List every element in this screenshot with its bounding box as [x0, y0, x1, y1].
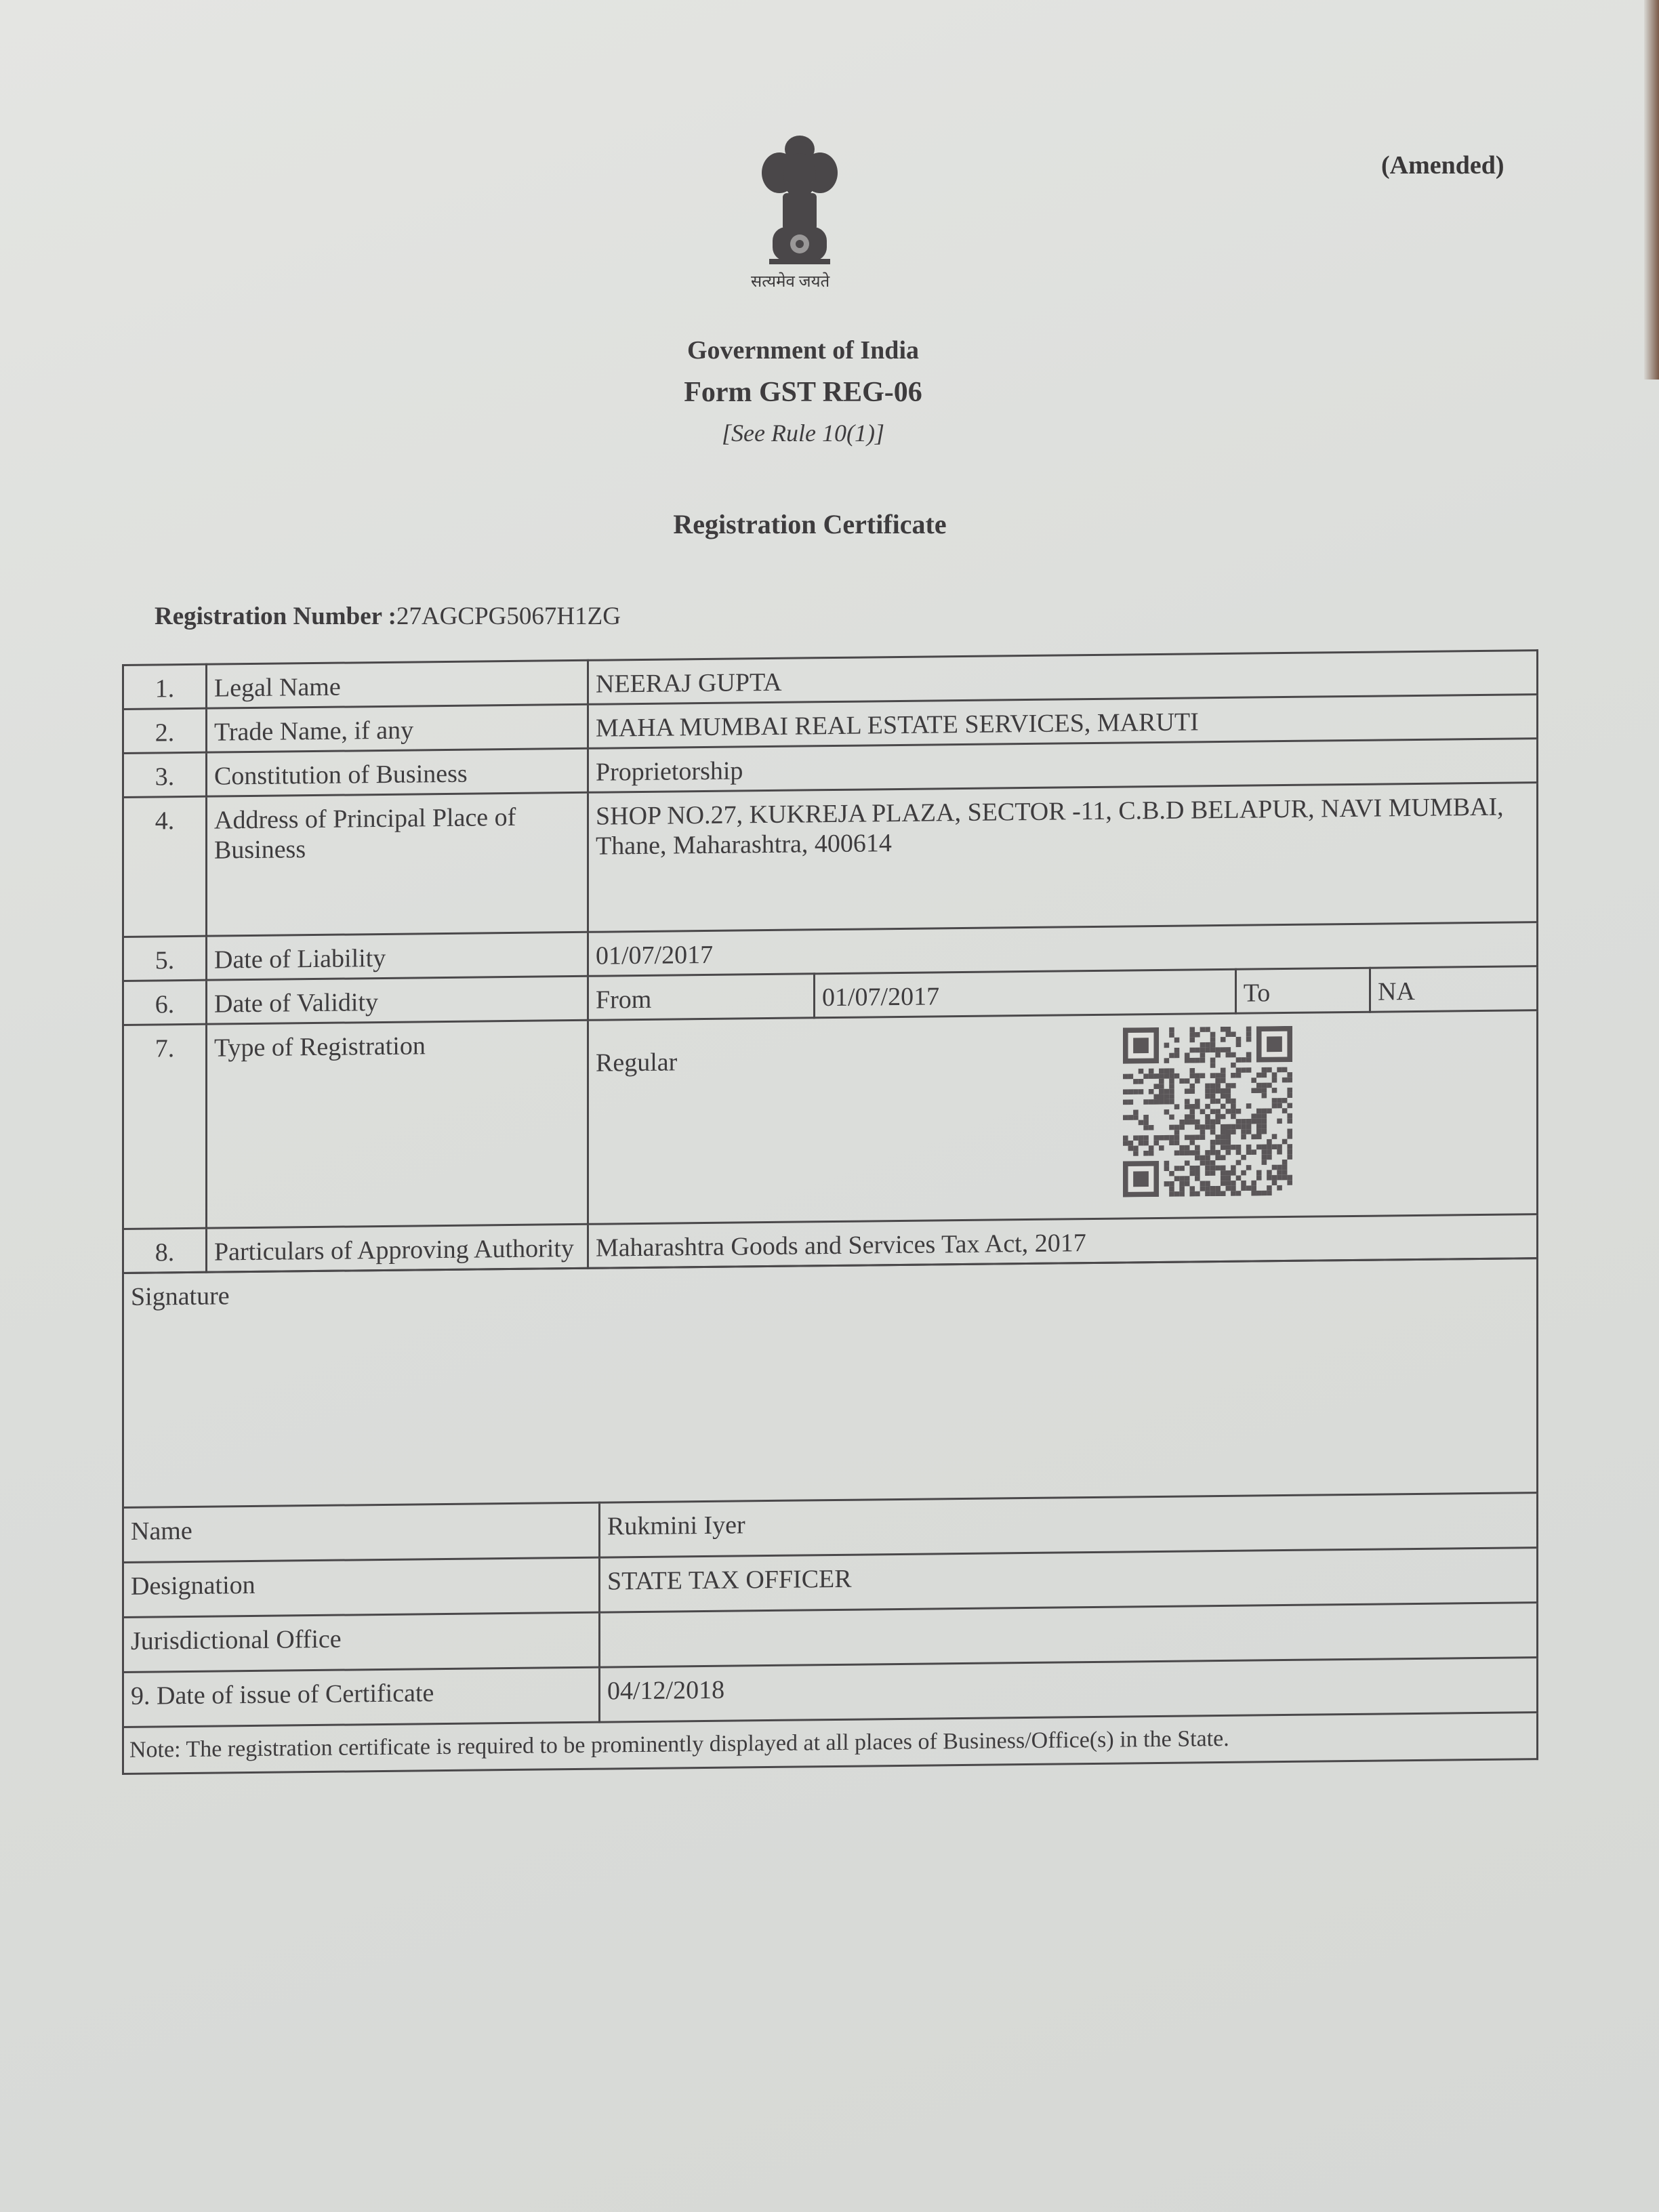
- registration-number-label: Registration Number :: [155, 602, 396, 630]
- validity-label: Date of Validity: [207, 976, 588, 1024]
- jurisdictional-office-value: [600, 1603, 1538, 1667]
- certificate-title: Registration Certificate: [0, 508, 1620, 540]
- emblem-motto: सत्यमेव जयते: [751, 270, 829, 292]
- validity-to-label: To: [1235, 968, 1370, 1013]
- validity-from-value: 01/07/2017: [815, 969, 1236, 1018]
- issue-date-value: 04/12/2018: [600, 1658, 1538, 1722]
- registration-number-value: 27AGCPG5067H1ZG: [396, 602, 621, 630]
- validity-from-label: From: [588, 974, 815, 1020]
- row-number: 7.: [123, 1024, 207, 1229]
- row-number: 3.: [123, 752, 207, 797]
- government-heading: Government of India: [0, 335, 1606, 365]
- qr-code-icon: [1123, 1026, 1292, 1197]
- national-emblem-icon: [749, 129, 851, 285]
- paper-edge: [1644, 0, 1659, 380]
- details-table: 1. Legal Name NEERAJ GUPTA 2. Trade Name…: [122, 649, 1538, 1775]
- amended-label: (Amended): [1381, 150, 1504, 180]
- row-number: 2.: [123, 708, 207, 753]
- row-number: 5.: [123, 936, 207, 981]
- address-value: SHOP NO.27, KUKREJA PLAZA, SECTOR -11, C…: [588, 783, 1538, 933]
- row-number: 4.: [123, 796, 207, 937]
- constitution-label: Constitution of Business: [207, 748, 588, 796]
- certificate-page: (Amended) सत्यमेव जयते Government of Ind…: [0, 0, 1659, 2212]
- row-number: 1.: [123, 664, 207, 709]
- registration-type-cell: Regular: [588, 1010, 1538, 1225]
- officer-name-value: Rukmini Iyer: [600, 1493, 1538, 1557]
- officer-name-label: Name: [123, 1502, 600, 1562]
- legal-name-label: Legal Name: [207, 660, 588, 708]
- designation-value: STATE TAX OFFICER: [600, 1548, 1538, 1612]
- rule-reference: [See Rule 10(1)]: [0, 419, 1606, 447]
- issue-date-label: 9. Date of issue of Certificate: [123, 1667, 600, 1727]
- row-number: 8.: [123, 1228, 207, 1273]
- registration-type-value: Regular: [596, 1019, 1530, 1078]
- table-row: 7. Type of Registration Regular: [123, 1010, 1538, 1229]
- designation-label: Designation: [123, 1557, 600, 1617]
- row-number: 6.: [123, 980, 207, 1025]
- trade-name-label: Trade Name, if any: [207, 704, 588, 752]
- registration-number: Registration Number :27AGCPG5067H1ZG: [155, 602, 621, 631]
- table-row: 4. Address of Principal Place of Busines…: [123, 783, 1538, 937]
- jurisdictional-office-label: Jurisdictional Office: [123, 1612, 600, 1672]
- approving-authority-label: Particulars of Approving Authority: [207, 1224, 588, 1272]
- form-name: Form GST REG-06: [0, 376, 1606, 409]
- validity-to-value: NA: [1370, 966, 1538, 1012]
- liability-date-label: Date of Liability: [207, 932, 588, 980]
- signature-label: Signature: [123, 1258, 1538, 1508]
- address-label: Address of Principal Place of Business: [207, 792, 588, 936]
- registration-type-label: Type of Registration: [207, 1020, 588, 1228]
